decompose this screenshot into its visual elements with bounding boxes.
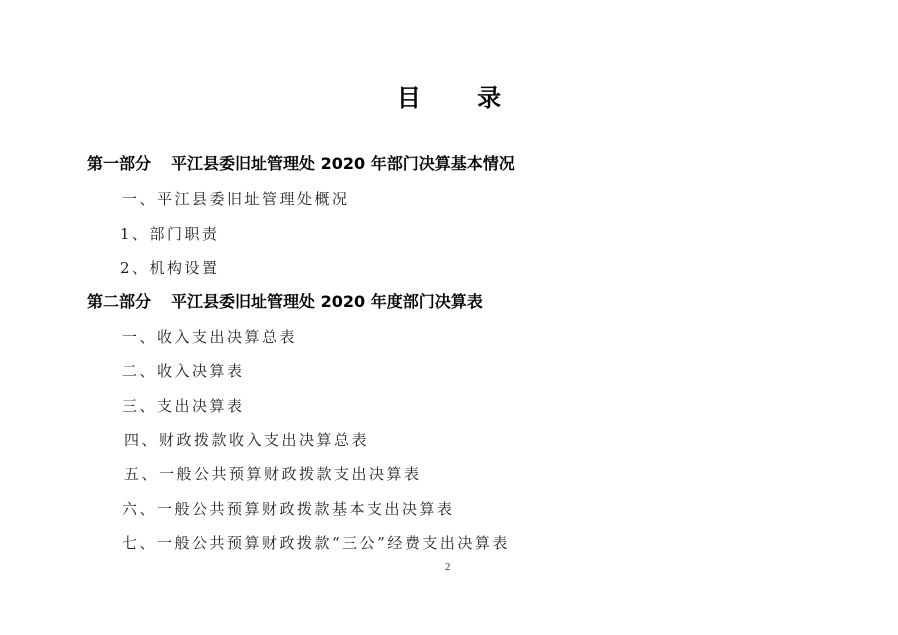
- toc-item: 2、机构设置: [120, 258, 220, 278]
- toc-item: 一、收入支出决算总表: [122, 327, 297, 347]
- part-1-heading: 平江县委旧址管理处 2020 年部门决算基本情况: [171, 154, 515, 173]
- toc-item: 四、财政拨款收入支出决算总表: [124, 430, 369, 450]
- part-2-label: 第二部分: [87, 292, 151, 311]
- page-title: 目 录: [0, 78, 898, 113]
- toc-item: 七、一般公共预算财政拨款“三公”经费支出决算表: [122, 533, 510, 553]
- toc-item: 六、一般公共预算财政拨款基本支出决算表: [122, 499, 455, 519]
- page-number: 2: [445, 561, 451, 573]
- toc-part-1: 第一部分平江县委旧址管理处 2020 年部门决算基本情况: [87, 154, 515, 174]
- toc-item: 二、收入决算表: [122, 361, 245, 381]
- toc-item: 三、支出决算表: [122, 396, 245, 416]
- toc-item: 一、平江县委旧址管理处概况: [122, 189, 350, 209]
- toc-part-2: 第二部分平江县委旧址管理处 2020 年度部门决算表: [87, 292, 483, 312]
- part-1-label: 第一部分: [87, 154, 151, 173]
- part-2-heading: 平江县委旧址管理处 2020 年度部门决算表: [171, 292, 483, 311]
- toc-item: 五、一般公共预算财政拨款支出决算表: [124, 464, 422, 484]
- toc-item: 1、部门职责: [120, 224, 220, 244]
